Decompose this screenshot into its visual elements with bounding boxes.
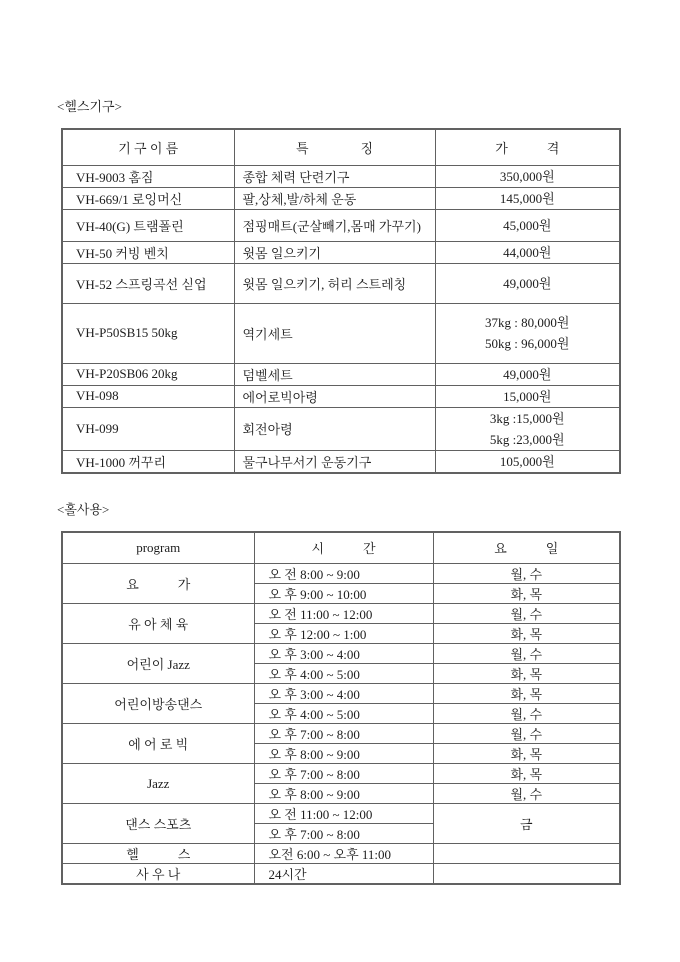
program-cell: 에 어 로 빅 bbox=[62, 724, 254, 764]
day-cell-empty bbox=[433, 864, 620, 885]
day-cell-empty bbox=[433, 844, 620, 864]
time-cell: 오 후 7:00 ~ 8:00 bbox=[254, 824, 433, 844]
price-line: 3kg :15,000원 bbox=[490, 408, 565, 429]
day-cell: 화, 목 bbox=[433, 684, 620, 704]
time-cell: 오 후 9:00 ~ 10:00 bbox=[254, 584, 433, 604]
time-cell: 오전 6:00 ~ 오후 11:00 bbox=[254, 844, 433, 864]
price-cell: 37kg : 80,000원50kg : 96,000원 bbox=[435, 303, 620, 363]
price-line: 44,000원 bbox=[503, 242, 551, 263]
health-equipment-table: 기 구 이 름 특 징 가 격 VH-9003 홈짐 종합 체력 단련기구 35… bbox=[61, 128, 621, 474]
feature-cell: 회전아령 bbox=[234, 407, 435, 450]
equipment-name-cell: VH-50 커빙 벤치 bbox=[62, 241, 234, 263]
table-row: 에 어 로 빅 오 후 7:00 ~ 8:00 월, 수 bbox=[62, 724, 620, 744]
table-row: 어린이 Jazz 오 후 3:00 ~ 4:00 월, 수 bbox=[62, 644, 620, 664]
feature-cell: 팔,상체,발/하체 운동 bbox=[234, 187, 435, 209]
feature-cell: 에어로빅아령 bbox=[234, 385, 435, 407]
program-cell: 어린이 Jazz bbox=[62, 644, 254, 684]
feature-cell: 물구나무서기 운동기구 bbox=[234, 450, 435, 473]
price-cell: 105,000원 bbox=[435, 450, 620, 473]
time-cell: 오 후 8:00 ~ 9:00 bbox=[254, 744, 433, 764]
table-row: VH-P20SB06 20kg 덤벨세트 49,000원 bbox=[62, 363, 620, 385]
equipment-name-cell: VH-P50SB15 50kg bbox=[62, 303, 234, 363]
price-line: 15,000원 bbox=[503, 386, 551, 407]
table-row: 사 우 나 24시간 bbox=[62, 864, 620, 885]
table-row: 요 가 오 전 8:00 ~ 9:00 월, 수 bbox=[62, 564, 620, 584]
price-line: 45,000원 bbox=[503, 215, 551, 236]
price-line: 5kg :23,000원 bbox=[490, 429, 565, 450]
price-line: 350,000원 bbox=[500, 166, 555, 187]
time-cell: 오 후 7:00 ~ 8:00 bbox=[254, 764, 433, 784]
day-cell: 월, 수 bbox=[433, 604, 620, 624]
price-line: 49,000원 bbox=[503, 364, 551, 385]
col-header-program: program bbox=[62, 532, 254, 564]
table-row: 댄스 스포츠 오 전 11:00 ~ 12:00 금 bbox=[62, 804, 620, 824]
feature-cell: 점핑매트(군살빼기,몸매 가꾸기) bbox=[234, 209, 435, 241]
table-row: VH-40(G) 트램폴린 점핑매트(군살빼기,몸매 가꾸기) 45,000원 bbox=[62, 209, 620, 241]
document-page: <헬스기구> 기 구 이 름 특 징 가 격 VH-9003 홈짐 종합 체력 … bbox=[57, 96, 623, 885]
price-cell: 3kg :15,000원5kg :23,000원 bbox=[435, 407, 620, 450]
equipment-name-cell: VH-52 스프링곡선 싣업 bbox=[62, 263, 234, 303]
price-cell: 45,000원 bbox=[435, 209, 620, 241]
day-cell: 월, 수 bbox=[433, 784, 620, 804]
col-header-price: 가 격 bbox=[435, 129, 620, 165]
time-cell: 오 전 8:00 ~ 9:00 bbox=[254, 564, 433, 584]
feature-cell: 역기세트 bbox=[234, 303, 435, 363]
table-row: Jazz 오 후 7:00 ~ 8:00 화, 목 bbox=[62, 764, 620, 784]
feature-cell: 윗몸 일으키기, 허리 스트레칭 bbox=[234, 263, 435, 303]
time-cell: 오 후 3:00 ~ 4:00 bbox=[254, 644, 433, 664]
time-cell: 오 후 8:00 ~ 9:00 bbox=[254, 784, 433, 804]
table-header-row: 기 구 이 름 특 징 가 격 bbox=[62, 129, 620, 165]
table-row: VH-669/1 로잉머신 팔,상체,발/하체 운동 145,000원 bbox=[62, 187, 620, 209]
equipment-name-cell: VH-099 bbox=[62, 407, 234, 450]
day-cell: 월, 수 bbox=[433, 564, 620, 584]
table-row: VH-099 회전아령 3kg :15,000원5kg :23,000원 bbox=[62, 407, 620, 450]
day-cell: 화, 목 bbox=[433, 624, 620, 644]
equipment-name-cell: VH-669/1 로잉머신 bbox=[62, 187, 234, 209]
day-cell: 월, 수 bbox=[433, 724, 620, 744]
time-cell: 오 후 4:00 ~ 5:00 bbox=[254, 704, 433, 724]
table-row: VH-52 스프링곡선 싣업 윗몸 일으키기, 허리 스트레칭 49,000원 bbox=[62, 263, 620, 303]
time-cell: 오 전 11:00 ~ 12:00 bbox=[254, 604, 433, 624]
program-cell: 헬 스 bbox=[62, 844, 254, 864]
table-row: VH-1000 꺼꾸리 물구나무서기 운동기구 105,000원 bbox=[62, 450, 620, 473]
table-header-row: program 시 간 요 일 bbox=[62, 532, 620, 564]
time-cell: 오 후 7:00 ~ 8:00 bbox=[254, 724, 433, 744]
day-cell: 화, 목 bbox=[433, 664, 620, 684]
program-cell: 댄스 스포츠 bbox=[62, 804, 254, 844]
table-row: VH-P50SB15 50kg 역기세트 37kg : 80,000원50kg … bbox=[62, 303, 620, 363]
col-header-feature: 특 징 bbox=[234, 129, 435, 165]
price-line: 145,000원 bbox=[500, 188, 555, 209]
equipment-name-cell: VH-9003 홈짐 bbox=[62, 165, 234, 187]
price-cell: 145,000원 bbox=[435, 187, 620, 209]
price-line: 37kg : 80,000원 bbox=[485, 312, 569, 333]
table-row: VH-098 에어로빅아령 15,000원 bbox=[62, 385, 620, 407]
table-row: VH-50 커빙 벤치 윗몸 일으키기 44,000원 bbox=[62, 241, 620, 263]
day-cell: 화, 목 bbox=[433, 744, 620, 764]
day-cell-merged: 금 bbox=[433, 804, 620, 844]
time-cell: 24시간 bbox=[254, 864, 433, 885]
time-cell: 오 후 3:00 ~ 4:00 bbox=[254, 684, 433, 704]
time-cell: 오 전 11:00 ~ 12:00 bbox=[254, 804, 433, 824]
price-line: 105,000원 bbox=[500, 451, 555, 472]
equipment-name-cell: VH-40(G) 트램폴린 bbox=[62, 209, 234, 241]
price-line: 50kg : 96,000원 bbox=[485, 333, 569, 354]
day-cell: 월, 수 bbox=[433, 644, 620, 664]
col-header-equipment-name: 기 구 이 름 bbox=[62, 129, 234, 165]
price-cell: 350,000원 bbox=[435, 165, 620, 187]
price-cell: 15,000원 bbox=[435, 385, 620, 407]
feature-cell: 덤벨세트 bbox=[234, 363, 435, 385]
col-header-time: 시 간 bbox=[254, 532, 433, 564]
program-cell: 사 우 나 bbox=[62, 864, 254, 885]
equipment-name-cell: VH-1000 꺼꾸리 bbox=[62, 450, 234, 473]
hall-usage-table: program 시 간 요 일 요 가 오 전 8:00 ~ 9:00 월, 수… bbox=[61, 531, 621, 886]
day-cell: 화, 목 bbox=[433, 764, 620, 784]
table-row: VH-9003 홈짐 종합 체력 단련기구 350,000원 bbox=[62, 165, 620, 187]
time-cell: 오 후 12:00 ~ 1:00 bbox=[254, 624, 433, 644]
table-row: 헬 스 오전 6:00 ~ 오후 11:00 bbox=[62, 844, 620, 864]
table-row: 어린이방송댄스 오 후 3:00 ~ 4:00 화, 목 bbox=[62, 684, 620, 704]
feature-cell: 종합 체력 단련기구 bbox=[234, 165, 435, 187]
price-cell: 44,000원 bbox=[435, 241, 620, 263]
day-cell: 화, 목 bbox=[433, 584, 620, 604]
section-title-hall-usage: <홀사용> bbox=[57, 499, 623, 518]
program-cell: Jazz bbox=[62, 764, 254, 804]
program-cell: 어린이방송댄스 bbox=[62, 684, 254, 724]
program-cell: 유 아 체 육 bbox=[62, 604, 254, 644]
col-header-day: 요 일 bbox=[433, 532, 620, 564]
section-title-health-equipment: <헬스기구> bbox=[57, 96, 623, 115]
price-line: 49,000원 bbox=[503, 273, 551, 294]
time-cell: 오 후 4:00 ~ 5:00 bbox=[254, 664, 433, 684]
program-cell: 요 가 bbox=[62, 564, 254, 604]
equipment-name-cell: VH-098 bbox=[62, 385, 234, 407]
table-row: 유 아 체 육 오 전 11:00 ~ 12:00 월, 수 bbox=[62, 604, 620, 624]
price-cell: 49,000원 bbox=[435, 263, 620, 303]
price-cell: 49,000원 bbox=[435, 363, 620, 385]
day-cell: 월, 수 bbox=[433, 704, 620, 724]
equipment-name-cell: VH-P20SB06 20kg bbox=[62, 363, 234, 385]
feature-cell: 윗몸 일으키기 bbox=[234, 241, 435, 263]
